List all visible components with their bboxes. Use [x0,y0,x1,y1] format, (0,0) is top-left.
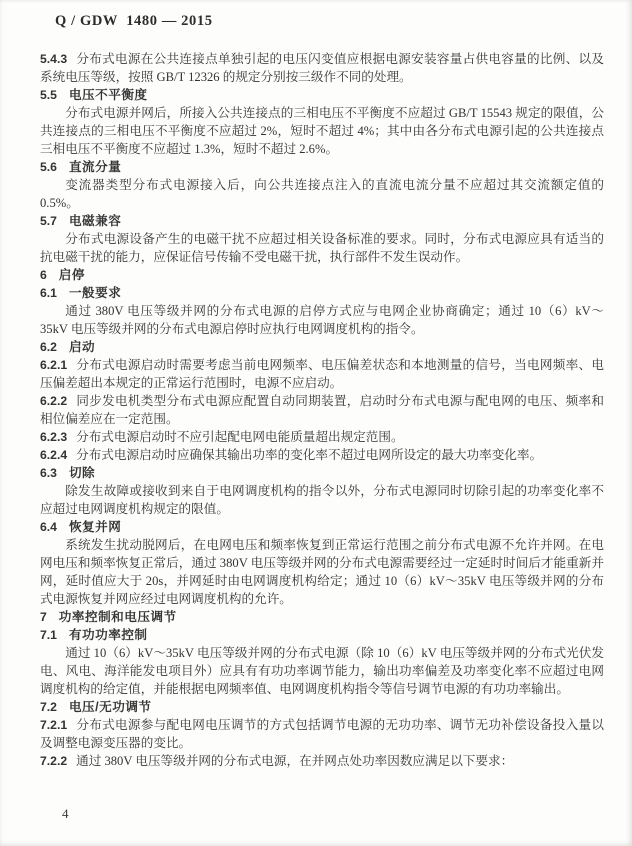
section-title: 一般要求 [69,286,121,300]
numbered-clause: 6.2.4分布式电源启动时应确保其输出功率的变化率不超过电网所设定的最大功率变化… [40,446,604,464]
section-heading: 6.3切除 [40,464,604,482]
section-heading: 7.2电压/无功调节 [40,698,604,716]
section-heading: 7.1有功功率控制 [40,626,604,644]
numbered-clause: 7.2.1分布式电源参与配电网电压调节的方式包括调节电源的无功功率、调节无功补偿… [40,716,604,752]
section-heading: 5.6直流分量 [40,158,604,176]
section-number: 7.2.1 [40,718,67,732]
section-heading: 5.7电磁兼容 [40,212,604,230]
clause-text: 分布式电源启动时不应引起配电网电能质量超出规定范围。 [76,430,403,444]
section-number: 5.7 [40,214,57,228]
page-number: 4 [62,806,69,822]
section-number: 6 [40,268,47,282]
section-number: 6.3 [40,466,57,480]
section-number: 6.2.2 [40,394,67,408]
section-number: 6.2.4 [40,448,67,462]
clause-text: 通过 380V 电压等级并网的分布式电源的启停方式应与电网企业协商确定；通过 1… [40,304,604,336]
section-heading: 6.2启动 [40,338,604,356]
clause-text: 通过 380V 电压等级并网的分布式电源，在并网点处功率因数应满足以下要求： [76,754,513,768]
section-number: 6.1 [40,286,57,300]
paragraph: 系统发生扰动脱网后，在电网电压和频率恢复到正常运行范围之前分布式电源不允许并网。… [40,536,604,608]
numbered-clause: 6.2.2同步发电机类型分布式电源应配置自动同期装置，启动时分布式电源与配电网的… [40,392,604,428]
section-title: 电磁兼容 [69,214,121,228]
paragraph: 变流器类型分布式电源接入后，向公共连接点注入的直流电流分量不应超过其交流额定值的… [40,176,604,212]
paragraph: 分布式电源并网后，所接入公共连接点的三相电压不平衡度不应超过 GB/T 1554… [40,104,604,158]
section-title: 电压/无功调节 [69,700,152,714]
section-number: 7.2.2 [40,754,67,768]
section-number: 6.2.1 [40,358,67,372]
paragraph: 除发生故障或接收到来自于电网调度机构的指令以外，分布式电源同时切除引起的功率变化… [40,482,604,518]
clause-text: 分布式电源启动时应确保其输出功率的变化率不超过电网所设定的最大功率变化率。 [76,448,542,462]
section-number: 7 [40,610,47,624]
clause-text: 系统发生扰动脱网后，在电网电压和频率恢复到正常运行范围之前分布式电源不允许并网。… [40,538,604,606]
numbered-clause: 6.2.1分布式电源启动时需要考虑当前电网频率、电压偏差状态和本地测量的信号，当… [40,356,604,392]
clause-text: 同步发电机类型分布式电源应配置自动同期装置，启动时分布式电源与配电网的电压、频率… [40,394,604,426]
section-title: 切除 [69,466,95,480]
section-title: 有功功率控制 [69,628,148,642]
clause-text: 除发生故障或接收到来自于电网调度机构的指令以外，分布式电源同时切除引起的功率变化… [40,484,604,516]
document-header: Q / GDW 1480 — 2015 [55,13,213,30]
section-heading: 6.4恢复并网 [40,518,604,536]
paragraph: 分布式电源设备产生的电磁干扰不应超过相关设备标准的要求。同时，分布式电源应具有适… [40,230,604,266]
numbered-clause: 5.4.3分布式电源在公共连接点单独引起的电压闪变值应根据电源安装容量占供电容量… [40,50,604,86]
document-body: 5.4.3分布式电源在公共连接点单独引起的电压闪变值应根据电源安装容量占供电容量… [40,50,604,770]
clause-text: 分布式电源启动时需要考虑当前电网频率、电压偏差状态和本地测量的信号，当电网频率、… [40,358,604,390]
section-heading: 5.5电压不平衡度 [40,86,604,104]
section-title: 启动 [69,340,95,354]
clause-text: 变流器类型分布式电源接入后，向公共连接点注入的直流电流分量不应超过其交流额定值的… [40,178,604,210]
document-page: Q / GDW 1480 — 2015 5.4.3分布式电源在公共连接点单独引起… [0,0,632,846]
chapter-heading: 6启停 [40,266,604,284]
paragraph: 通过 10（6）kV～35kV 电压等级并网的分布式电源（除 10（6）kV 电… [40,644,604,698]
numbered-clause: 6.2.3分布式电源启动时不应引起配电网电能质量超出规定范围。 [40,428,604,446]
clause-text: 分布式电源设备产生的电磁干扰不应超过相关设备标准的要求。同时，分布式电源应具有适… [40,232,604,264]
section-title: 恢复并网 [69,520,121,534]
section-number: 5.5 [40,88,57,102]
clause-text: 分布式电源并网后，所接入公共连接点的三相电压不平衡度不应超过 GB/T 1554… [40,106,604,156]
section-number: 5.6 [40,160,57,174]
chapter-heading: 7功率控制和电压调节 [40,608,604,626]
section-number: 6.2 [40,340,57,354]
section-number: 7.1 [40,628,57,642]
section-number: 6.2.3 [40,430,67,444]
clause-text: 通过 10（6）kV～35kV 电压等级并网的分布式电源（除 10（6）kV 电… [40,646,604,696]
clause-text: 分布式电源参与配电网电压调节的方式包括调节电源的无功功率、调节无功补偿设备投入量… [40,718,604,750]
section-heading: 6.1一般要求 [40,284,604,302]
section-title: 直流分量 [69,160,121,174]
section-title: 启停 [59,268,85,282]
section-title: 功率控制和电压调节 [59,610,177,624]
section-number: 7.2 [40,700,57,714]
section-number: 6.4 [40,520,57,534]
section-title: 电压不平衡度 [69,88,148,102]
paragraph: 通过 380V 电压等级并网的分布式电源的启停方式应与电网企业协商确定；通过 1… [40,302,604,338]
section-number: 5.4.3 [40,52,67,66]
numbered-clause: 7.2.2通过 380V 电压等级并网的分布式电源，在并网点处功率因数应满足以下… [40,752,604,770]
clause-text: 分布式电源在公共连接点单独引起的电压闪变值应根据电源安装容量占供电容量的比例、以… [40,52,604,84]
